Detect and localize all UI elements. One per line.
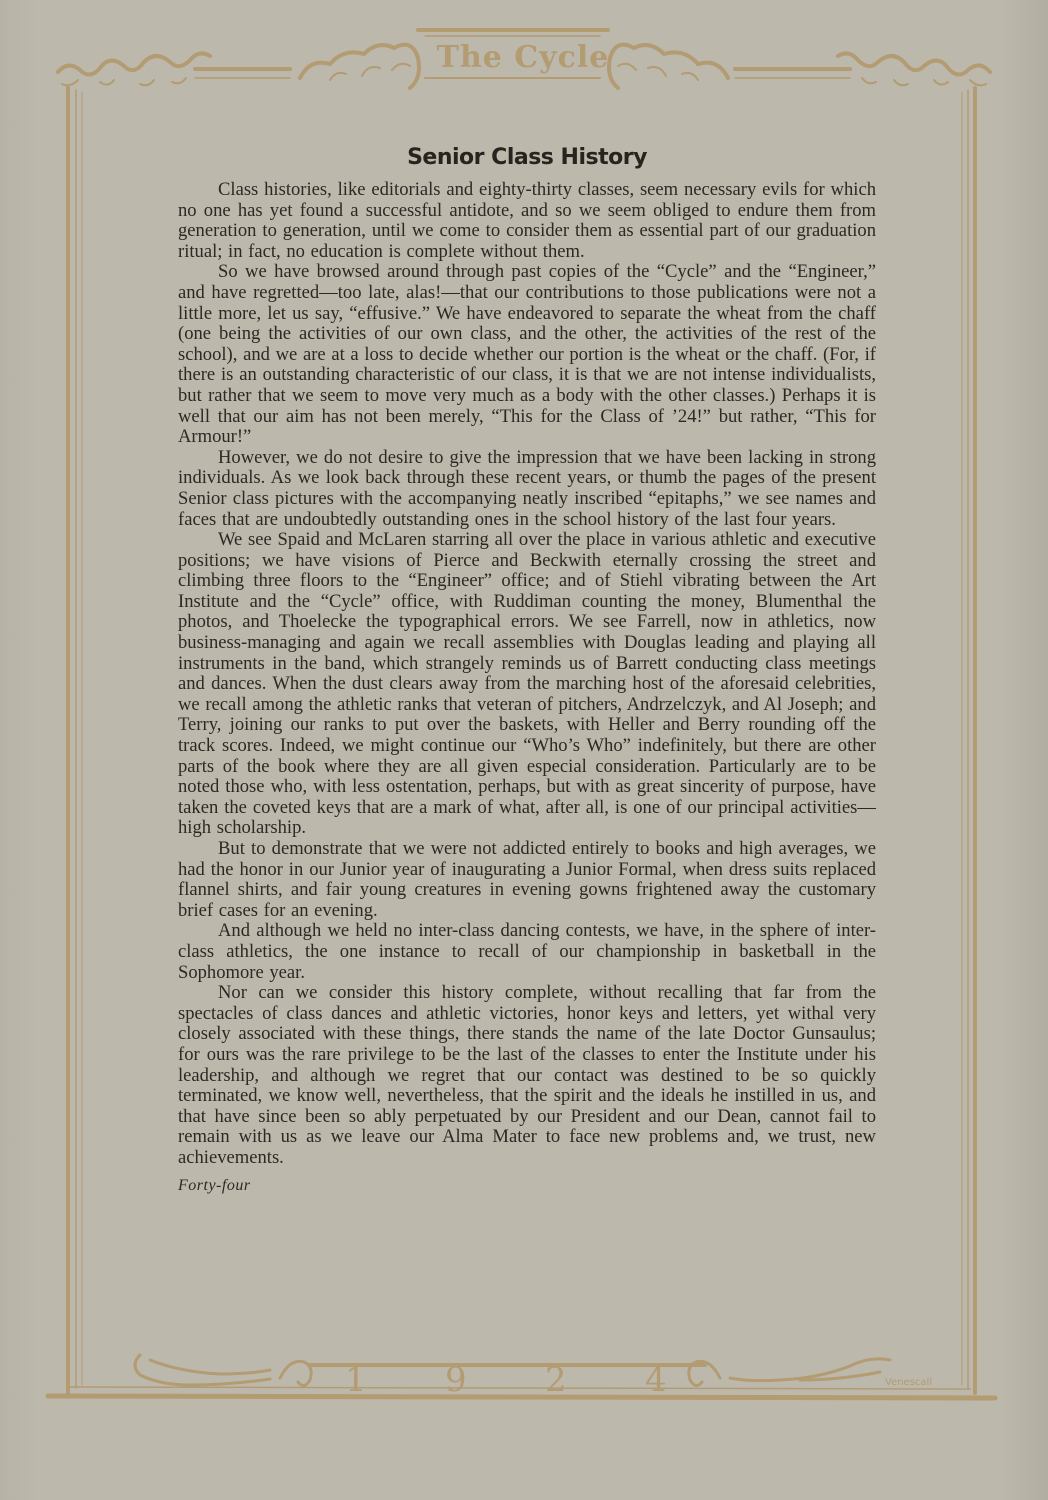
artist-signature: Venescall xyxy=(885,1377,932,1388)
footer-year-ornament: 1 9 2 4 xyxy=(300,1360,700,1400)
page-number: Forty-four xyxy=(178,1177,876,1195)
year-digit: 4 xyxy=(645,1360,667,1400)
page-title: Senior Class History xyxy=(178,143,876,173)
paragraph: But to demonstrate that we were not addi… xyxy=(178,839,876,921)
paragraph: Class histories, like editorials and eig… xyxy=(178,180,876,262)
header-ornament-title: The Cycle xyxy=(428,38,618,78)
paragraph: Nor can we consider this history complet… xyxy=(178,983,876,1168)
paragraph: So we have browsed around through past c… xyxy=(178,262,876,447)
paragraph: We see Spaid and McLaren starring all ov… xyxy=(178,530,876,839)
paragraph: And although we held no inter-class danc… xyxy=(178,921,876,983)
year-digit: 9 xyxy=(445,1360,467,1400)
year-digit: 1 xyxy=(345,1360,367,1400)
article: Senior Class History Class histories, li… xyxy=(178,140,876,1195)
year-digit: 2 xyxy=(545,1360,567,1400)
paragraph: However, we do not desire to give the im… xyxy=(178,448,876,530)
